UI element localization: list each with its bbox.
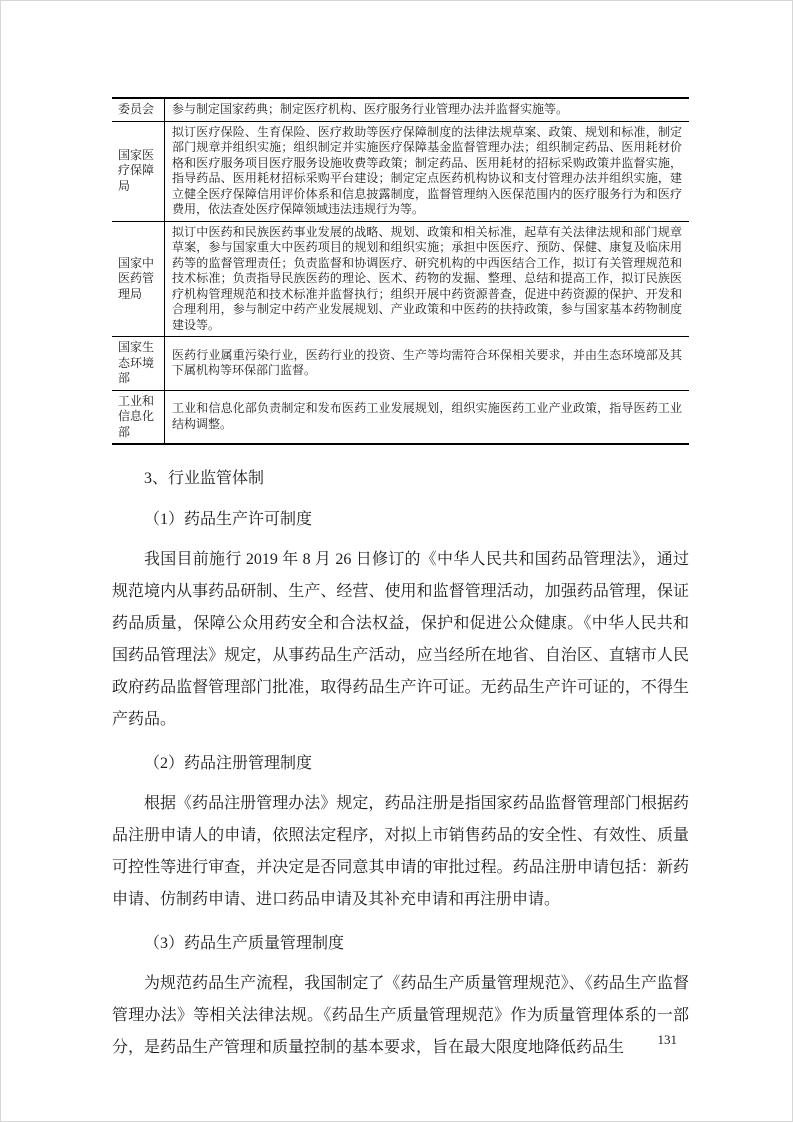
- subsection-title-2: （2）药品注册管理制度: [112, 748, 689, 780]
- regulator-name: 国家医疗保障局: [112, 121, 165, 221]
- table-row: 国家生态环境部 医药行业属重污染行业，医药行业的投资、生产等均需符合环保相关要求…: [112, 337, 689, 391]
- subsection-paragraph-3: 为规范药品生产流程，我国制定了《药品生产质量管理规范》、《药品生产监督管理办法》…: [112, 968, 689, 1064]
- regulator-duties: 拟订医疗保险、生育保险、医疗救助等医疗保障制度的法律法规草案、政策、规划和标准，…: [165, 121, 690, 221]
- regulators-table: 委员会 参与制定国家药典；制定医疗机构、医疗服务行业管理办法并监督实施等。 国家…: [112, 97, 689, 445]
- subsection-paragraph-1: 我国目前施行 2019 年 8 月 26 日修订的《中华人民共和国药品管理法》，…: [112, 544, 689, 736]
- subsection-title-3: （3）药品生产质量管理制度: [112, 928, 689, 960]
- table-row: 国家医疗保障局 拟订医疗保险、生育保险、医疗救助等医疗保障制度的法律法规草案、政…: [112, 121, 689, 221]
- section-heading: 3、行业监管体制: [112, 463, 689, 495]
- regulator-duties: 医药行业属重污染行业，医药行业的投资、生产等均需符合环保相关要求，并由生态环境部…: [165, 337, 690, 391]
- table-row: 委员会 参与制定国家药典；制定医疗机构、医疗服务行业管理办法并监督实施等。: [112, 98, 689, 121]
- regulator-duties: 参与制定国家药典；制定医疗机构、医疗服务行业管理办法并监督实施等。: [165, 98, 690, 121]
- subsection-paragraph-2: 根据《药品注册管理办法》规定，药品注册是指国家药品监督管理部门根据药品注册申请人…: [112, 788, 689, 916]
- regulator-name: 国家生态环境部: [112, 337, 165, 391]
- page-number: 131: [658, 1032, 678, 1048]
- table-row: 国家中医药管理局 拟订中医药和民族医药事业发展的战略、规划、政策和相关标准，起草…: [112, 221, 689, 337]
- table-row: 工业和信息化部 工业和信息化部负责制定和发布医药工业发展规划，组织实施医药工业产…: [112, 390, 689, 444]
- regulator-name: 工业和信息化部: [112, 390, 165, 444]
- regulator-duties: 工业和信息化部负责制定和发布医药工业发展规划，组织实施医药工业产业政策，指导医药…: [165, 390, 690, 444]
- document-page: 委员会 参与制定国家药典；制定医疗机构、医疗服务行业管理办法并监督实施等。 国家…: [0, 0, 793, 1122]
- subsection-title-1: （1）药品生产许可制度: [112, 504, 689, 536]
- regulator-name: 国家中医药管理局: [112, 221, 165, 337]
- regulator-duties: 拟订中医药和民族医药事业发展的战略、规划、政策和相关标准，起草有关法律法规和部门…: [165, 221, 690, 337]
- regulator-name: 委员会: [112, 98, 165, 121]
